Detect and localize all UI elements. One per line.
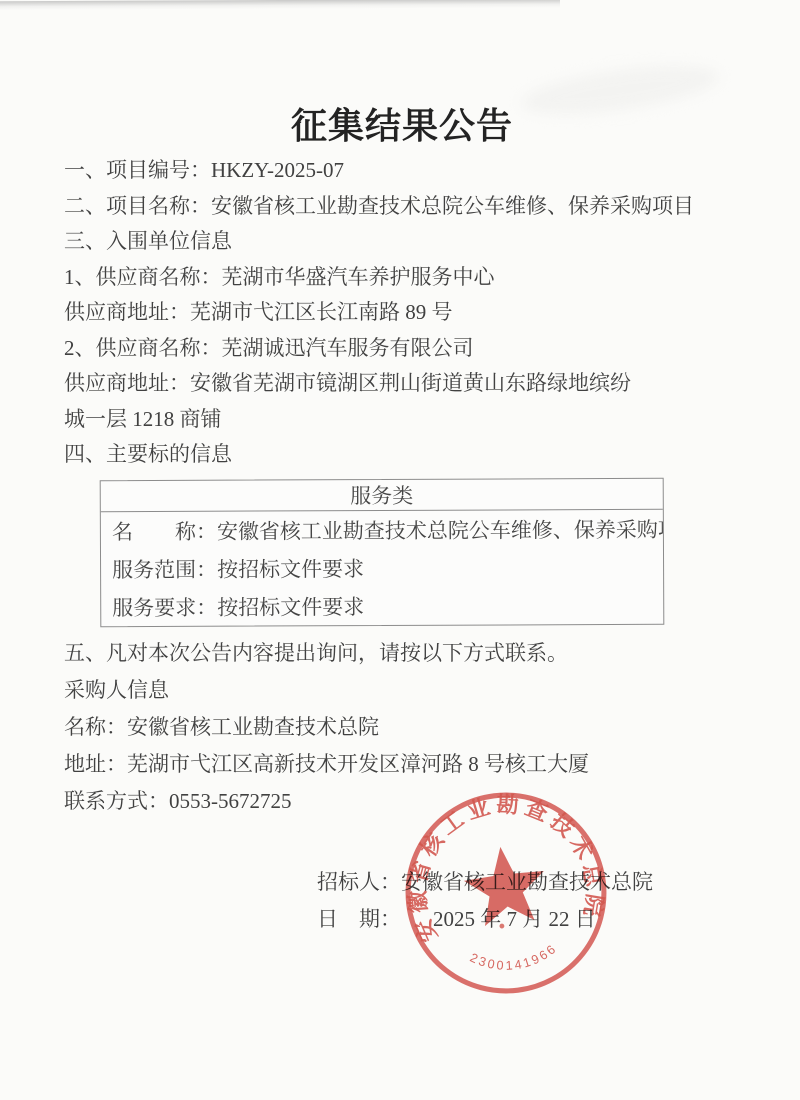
- contact-line-purchaser-heading: 采购人信息: [64, 672, 740, 709]
- official-seal: 安徽省核工业勘查技术总院 2300141966: [387, 774, 625, 1012]
- bidder-label: 招标人：: [317, 870, 401, 894]
- table-header-service-category: 服务类: [101, 478, 663, 511]
- seal-number: 2300141966: [466, 940, 562, 978]
- contact-line-inquiry: 五、凡对本次公告内容提出询问，请按以下方式联系。: [64, 635, 740, 672]
- body-line-project-number: 一、项目编号：HKZY-2025-07: [64, 153, 740, 189]
- table-row-service-requirement: 服务要求：按招标文件要求: [101, 585, 663, 625]
- body-line-supplier2-address: 供应商地址：安徽省芜湖市镜湖区荆山街道黄山东路绿地缤纷: [64, 366, 740, 402]
- table-row-name: 名 称：安徽省核工业勘查技术总院公车维修、保养采购项目: [101, 509, 663, 549]
- body-line-subject-heading: 四、主要标的信息: [64, 437, 740, 473]
- body-line-supplier2-address-wrap: 城一层 1218 商铺: [64, 402, 740, 438]
- contact-line-purchaser-name: 名称：安徽省核工业勘查技术总院: [64, 709, 740, 746]
- page-title: 征集结果公告: [64, 103, 740, 149]
- subject-info-table: 服务类 名 称：安徽省核工业勘查技术总院公车维修、保养采购项目 服务范围：按招标…: [100, 477, 665, 626]
- body-line-supplier1-address: 供应商地址：芜湖市弋江区长江南路 89 号: [64, 295, 740, 331]
- body-line-project-name: 二、项目名称：安徽省核工业勘查技术总院公车维修、保养采购项目: [64, 189, 740, 225]
- date-label: 日 期：: [317, 907, 401, 931]
- seal-center-dot: [499, 923, 504, 928]
- scanned-document-page: 征集结果公告 一、项目编号：HKZY-2025-07 二、项目名称：安徽省核工业…: [0, 0, 800, 1100]
- table-row-service-scope: 服务范围：按招标文件要求: [101, 547, 663, 587]
- body-line-supplier1-name: 1、供应商名称：芜湖市华盛汽车养护服务中心: [64, 260, 740, 296]
- seal-star-icon: [460, 842, 549, 928]
- contact-line-purchaser-address: 地址：芜湖市弋江区高新技术开发区漳河路 8 号核工大厦: [64, 746, 740, 783]
- body-line-supplier2-name: 2、供应商名称：芜湖诚迅汽车服务有限公司: [64, 331, 740, 367]
- contact-section: 五、凡对本次公告内容提出询问，请按以下方式联系。 采购人信息 名称：安徽省核工业…: [64, 635, 740, 820]
- body-line-shortlist-heading: 三、入围单位信息: [64, 224, 740, 260]
